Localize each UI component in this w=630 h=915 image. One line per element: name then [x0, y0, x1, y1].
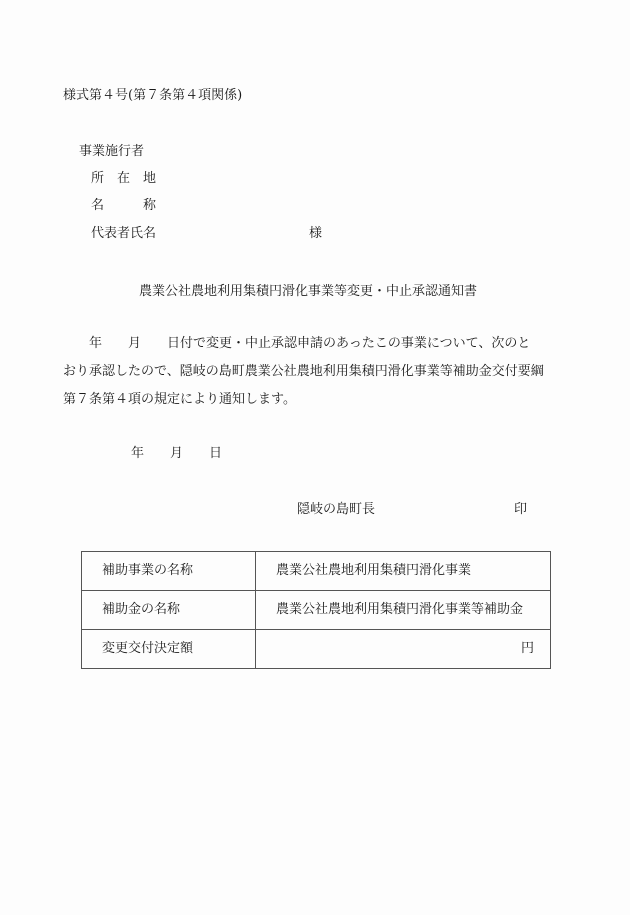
row-label: 変更交付決定額 — [82, 630, 256, 669]
body-text-line-1: 年 月 日付で変更・中止承認申請のあったこの事業について、次のと — [63, 336, 530, 352]
body-text-line-3: 第７条第４項の規定により通知します。 — [63, 392, 296, 408]
representative-label: 代表者氏名 — [91, 226, 156, 242]
seal-mark: 印 — [514, 502, 527, 518]
issuer-name: 隠岐の島町長 — [297, 502, 375, 518]
form-number: 様式第４号(第７条第４項関係) — [63, 88, 242, 104]
table-row: 補助金の名称 農業公社農地利用集積円滑化事業等補助金 — [82, 591, 551, 630]
address-label: 所 在 地 — [91, 171, 156, 187]
table-row: 変更交付決定額 円 — [82, 630, 551, 669]
row-value: 農業公社農地利用集積円滑化事業等補助金 — [256, 591, 551, 630]
name-label: 名 称 — [91, 198, 156, 214]
row-value: 農業公社農地利用集積円滑化事業 — [256, 552, 551, 591]
applicant-heading: 事業施行者 — [79, 144, 144, 160]
subsidy-info-table: 補助事業の名称 農業公社農地利用集積円滑化事業 補助金の名称 農業公社農地利用集… — [81, 551, 551, 669]
body-text-line-2: おり承認したので、隠岐の島町農業公社農地利用集積円滑化事業等補助金交付要綱 — [63, 364, 544, 380]
issue-date: 年 月 日 — [131, 446, 222, 462]
honorific: 様 — [309, 226, 322, 242]
table-row: 補助事業の名称 農業公社農地利用集積円滑化事業 — [82, 552, 551, 591]
row-value: 円 — [256, 630, 551, 669]
row-label: 補助事業の名称 — [82, 552, 256, 591]
document-title: 農業公社農地利用集積円滑化事業等変更・中止承認通知書 — [139, 284, 477, 300]
row-label: 補助金の名称 — [82, 591, 256, 630]
